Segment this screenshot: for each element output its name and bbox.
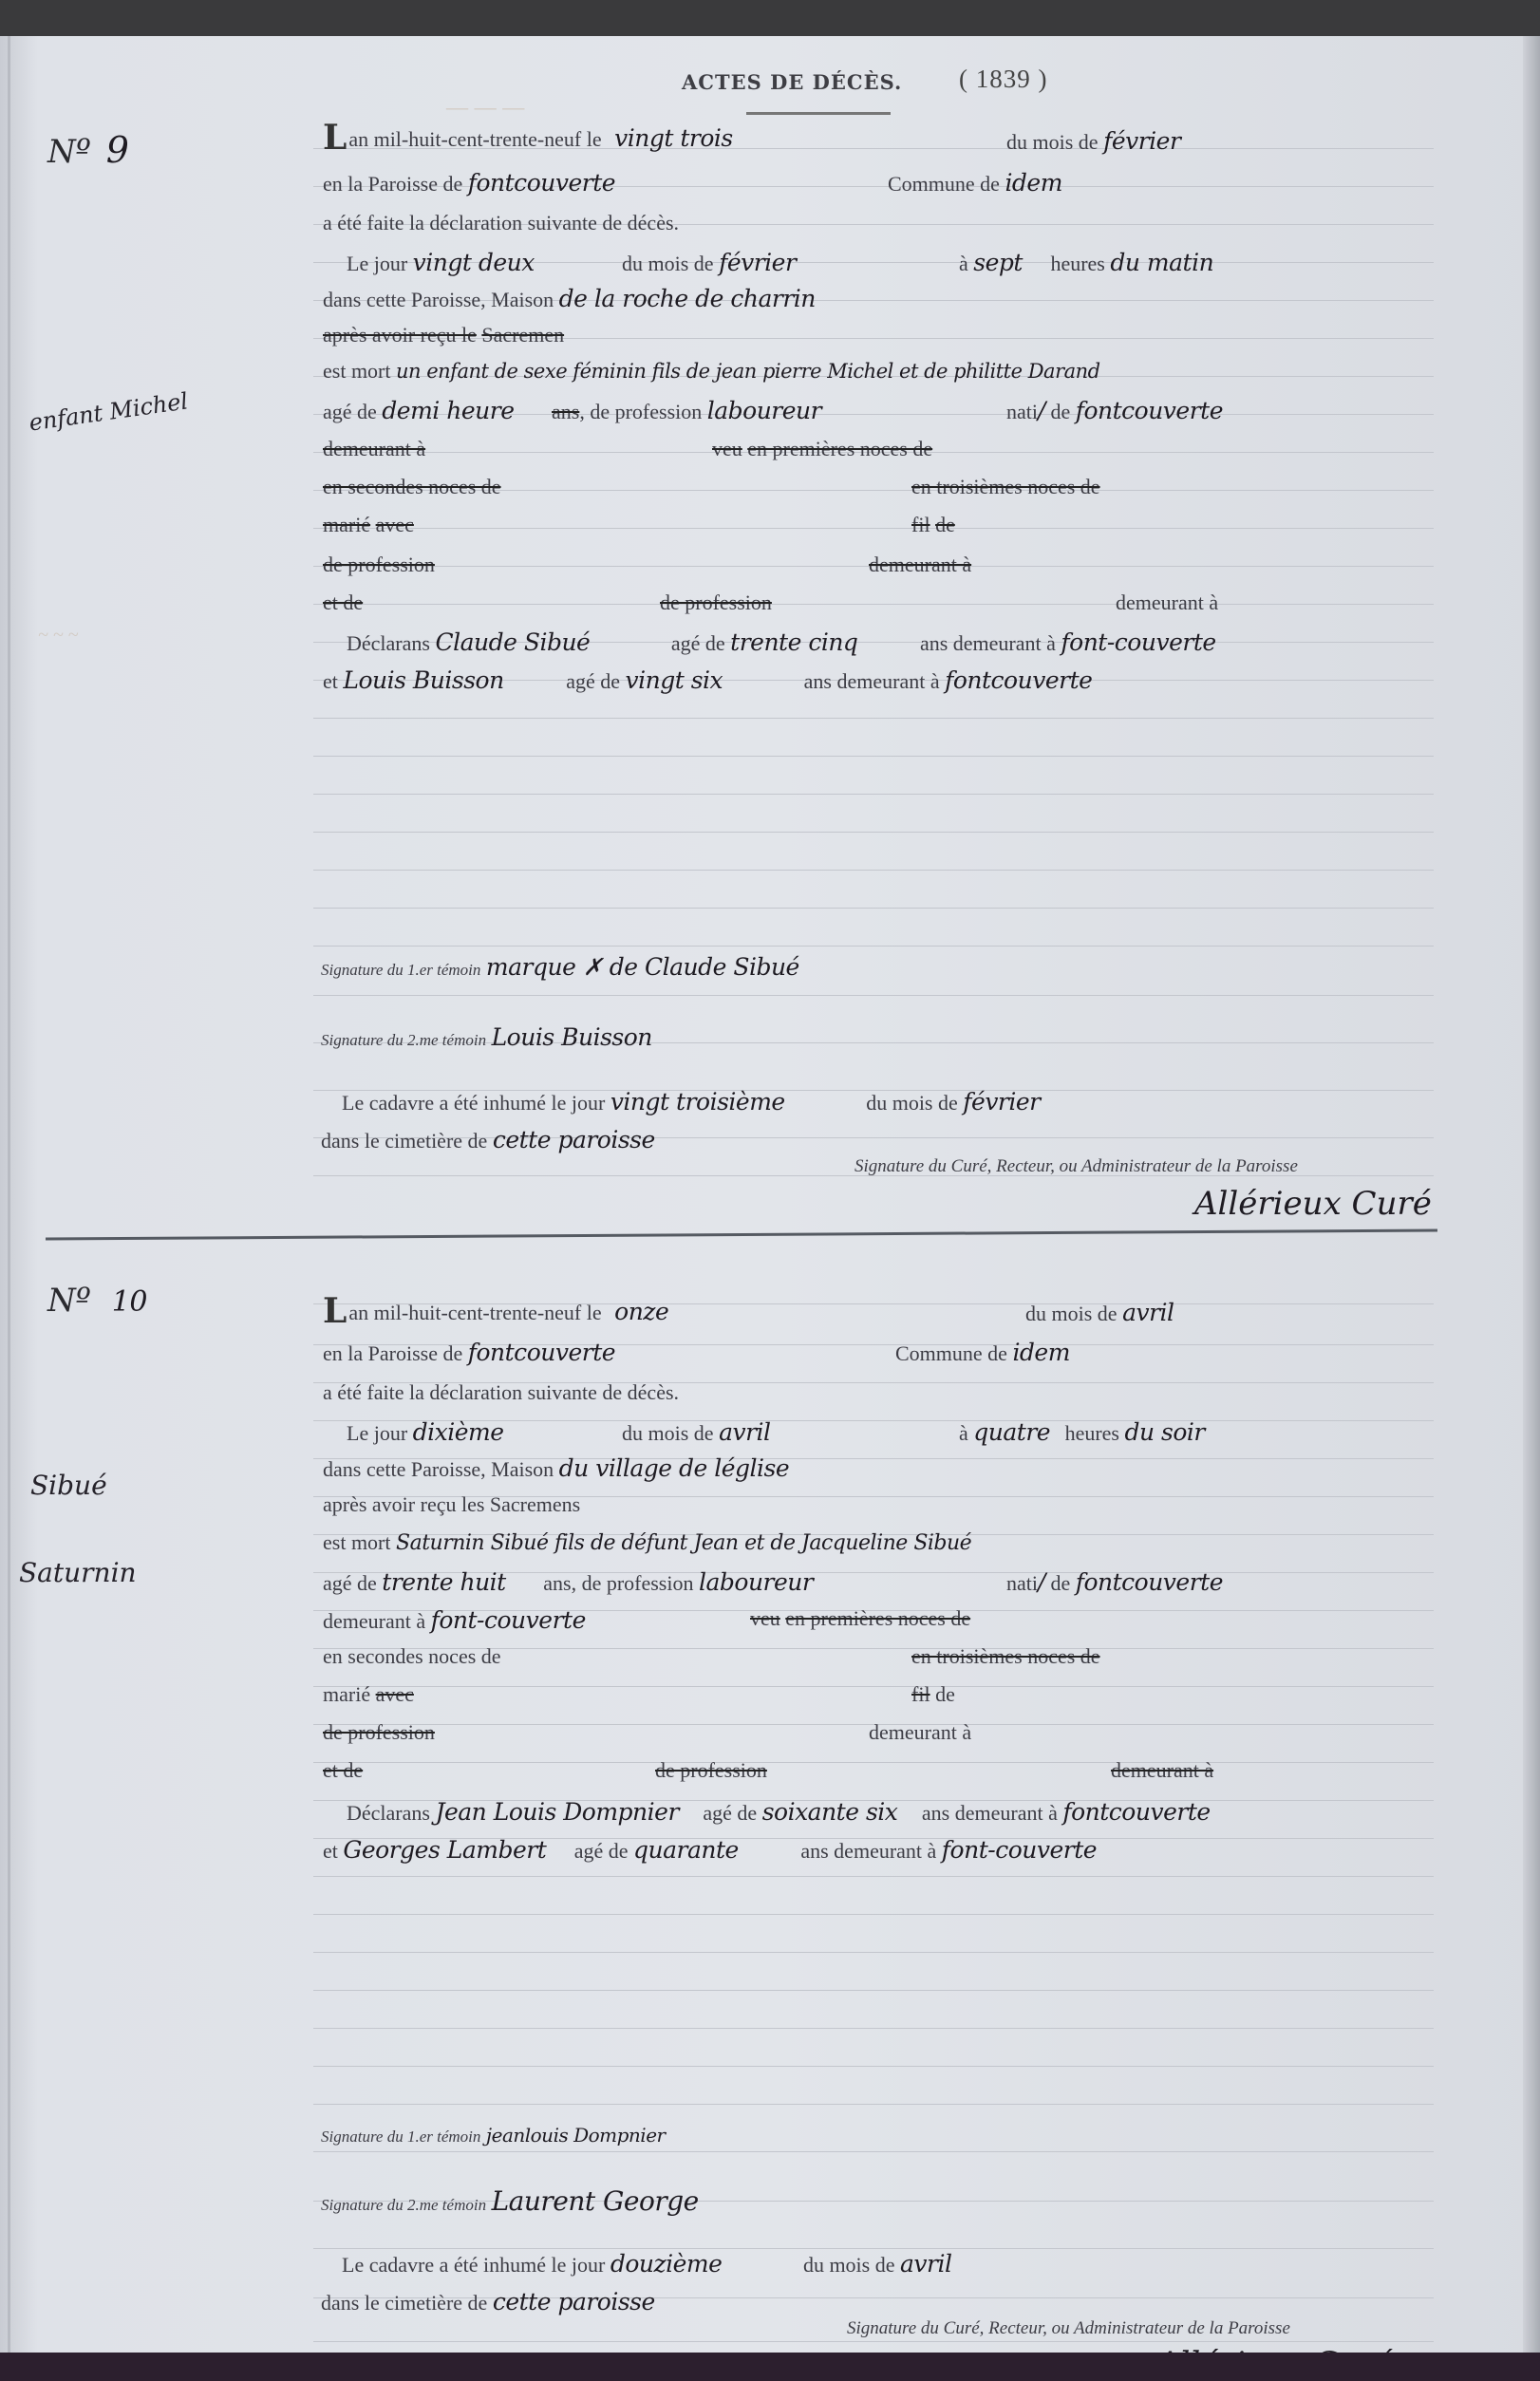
death-hour: sept	[973, 249, 1023, 276]
declarant-2: et Georges Lambert agé de quarante ans d…	[323, 1836, 1097, 1864]
burial-line: Le cadavre a été inhumé le jour douzième…	[342, 2250, 951, 2278]
record-number: Nº9	[47, 129, 128, 171]
parish: fontcouverte	[468, 169, 615, 197]
witness-1-signature: Signature du 1.er témoin marque ✗ de Cla…	[321, 953, 799, 981]
deceased: un enfant de sexe féminin fils de jean p…	[396, 360, 1100, 383]
death-month: février	[719, 249, 796, 276]
margin-deceased-name: enfant Michel	[28, 387, 190, 436]
commune: idem	[1012, 1339, 1070, 1366]
margin-surname: Sibué	[30, 1470, 107, 1501]
act-day: onze	[614, 1298, 668, 1325]
record-divider	[46, 1229, 1437, 1241]
page-header: ACTES DE DÉCÈS. ( 1839 )	[0, 36, 1540, 93]
margin-given-name: Saturnin	[19, 1557, 137, 1588]
page-year: ( 1839 )	[959, 65, 1047, 94]
witness-2-signature: Signature du 2.me témoin Louis Buisson	[321, 1023, 652, 1051]
bleed-through-text: ~ ~ ~	[38, 625, 78, 647]
burial-line: Le cadavre a été inhumé le jour vingt tr…	[342, 1088, 1041, 1116]
cemetery-line: dans le cimetière de cette paroisse	[321, 2288, 655, 2315]
record-number: Nº10	[47, 1282, 147, 1320]
page-title: ACTES DE DÉCÈS.	[682, 70, 902, 94]
age: trente huit	[382, 1568, 505, 1596]
title-underline	[746, 112, 891, 115]
house: du village de léglise	[559, 1454, 789, 1482]
death-month: avril	[719, 1418, 770, 1446]
cure-signature: Allérieux Curé	[1194, 1185, 1432, 1223]
act-month: avril	[1122, 1299, 1174, 1326]
page-bottom-edge	[0, 2353, 1540, 2381]
witness-2-signature: Signature du 2.me témoin Laurent George	[321, 2185, 699, 2217]
act-day: vingt trois	[614, 124, 733, 152]
declarant-1: Déclarans Claude Sibué agé de trente cin…	[347, 628, 1216, 656]
house: de la roche de charrin	[559, 285, 816, 312]
declarant-2: et Louis Buisson agé de vingt six ans de…	[323, 666, 1092, 694]
death-day: dixième	[413, 1418, 504, 1446]
profession: laboureur	[699, 1568, 813, 1596]
binding-edge	[1523, 36, 1540, 2381]
parish: fontcouverte	[468, 1339, 615, 1366]
birthplace: fontcouverte	[1076, 397, 1223, 424]
birthplace: fontcouverte	[1076, 1568, 1223, 1596]
deceased: Saturnin Sibué fils de défunt Jean et de…	[396, 1531, 971, 1555]
cemetery-line: dans le cimetière de cette paroisse	[321, 1126, 655, 1153]
time-of-day: du soir	[1125, 1418, 1205, 1446]
death-hour: quatre	[973, 1418, 1050, 1446]
time-of-day: du matin	[1110, 249, 1213, 276]
commune: idem	[1005, 169, 1062, 197]
declarant-1: Déclarans Jean Louis Dompnier agé de soi…	[347, 1798, 1211, 1826]
death-day: vingt deux	[413, 249, 535, 276]
line-year: Lan mil-huit-cent-trente-neuf le vingt t…	[323, 118, 733, 158]
residence: font-couverte	[431, 1606, 586, 1634]
act-month: février	[1103, 127, 1180, 155]
profession: laboureur	[707, 397, 821, 424]
witness-1-signature: Signature du 1.er témoin jeanlouis Dompn…	[321, 2123, 666, 2147]
age: demi heure	[382, 397, 514, 424]
register-page: ACTES DE DÉCÈS. ( 1839 ) — — — ~ ~ ~ Nº9…	[0, 36, 1540, 2381]
